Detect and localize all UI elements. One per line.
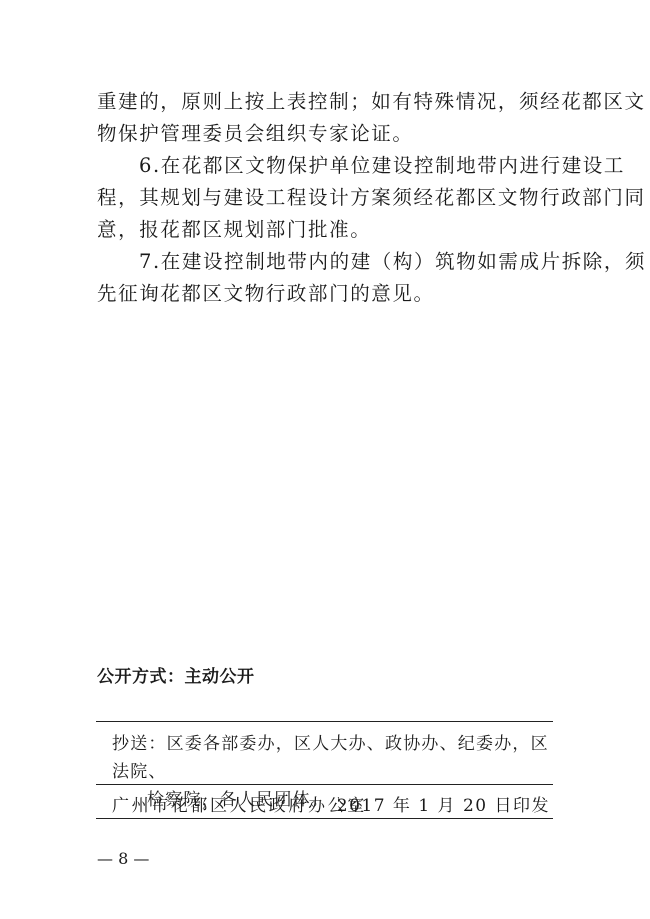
paragraph-line: 程，其规划与建设工程设计方案须经花都区文物行政部门同 (97, 182, 557, 214)
divider-top (96, 721, 553, 722)
body-text: 重建的，原则上按上表控制；如有特殊情况，须经花都区文 物保护管理委员会组织专家论… (97, 86, 557, 310)
paragraph-line: 重建的，原则上按上表控制；如有特殊情况，须经花都区文 (97, 86, 557, 118)
paragraph-line: 物保护管理委员会组织专家论证。 (97, 118, 557, 150)
issue-date: 2017 年 1 月 20 日印发 (337, 791, 550, 816)
disclosure-method: 公开方式：主动公开 (97, 662, 255, 687)
divider-middle (96, 784, 553, 785)
cc-line-1: 抄送：区委各部委办，区人大办、政协办、纪委办，区法院、 (112, 730, 557, 786)
paragraph-line: 意，报花都区规划部门批准。 (97, 214, 557, 246)
paragraph-line: 先征询花都区文物行政部门的意见。 (97, 278, 557, 310)
document-page: 重建的，原则上按上表控制；如有特殊情况，须经花都区文 物保护管理委员会组织专家论… (0, 0, 650, 919)
clause-6-line: 6.在花都区文物保护单位建设控制地带内进行建设工 (97, 150, 557, 182)
issuer: 广州市花都区人民政府办公室 (112, 791, 367, 816)
page-number: — 8 — (97, 849, 149, 868)
divider-bottom (96, 818, 553, 819)
clause-7-line: 7.在建设控制地带内的建（构）筑物如需成片拆除，须 (97, 246, 557, 278)
